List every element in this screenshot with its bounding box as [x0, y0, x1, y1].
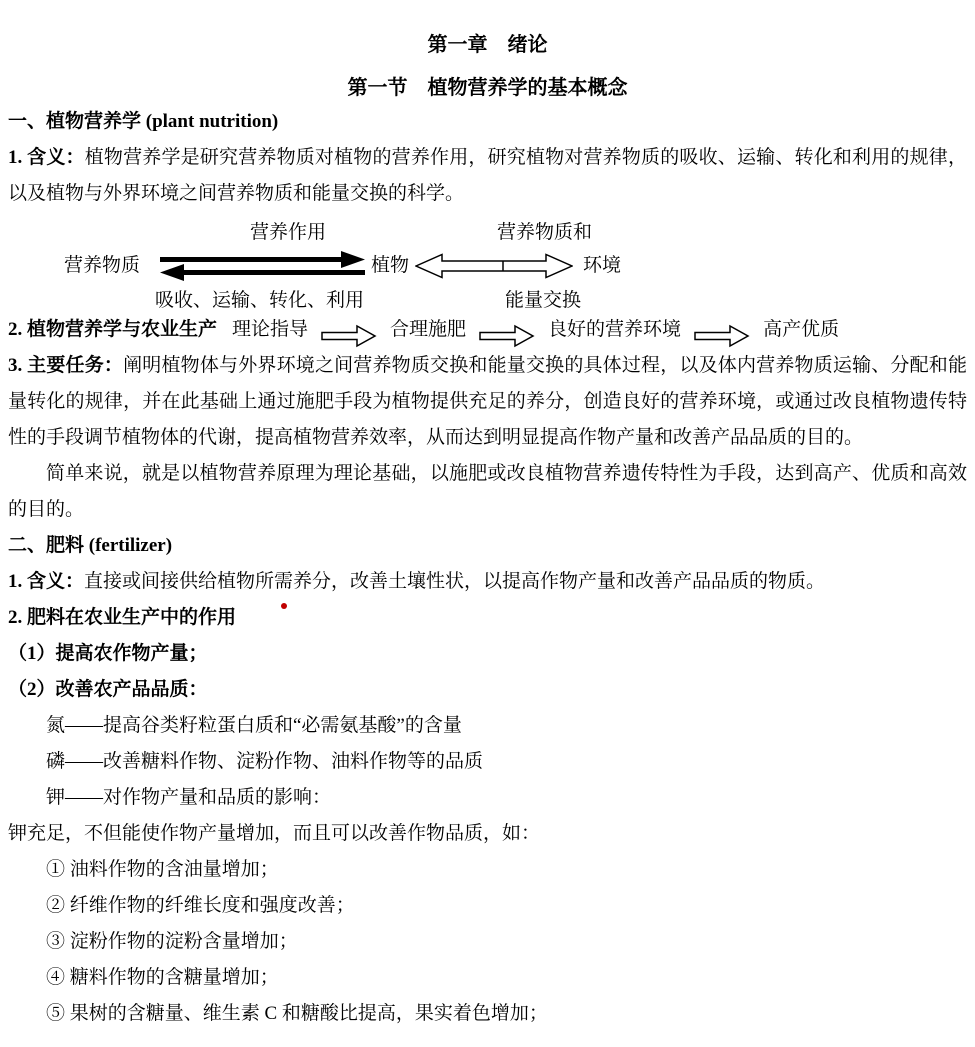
fertilizer-definition-text: 直接或间接供给植物所需养分，改善土壤性状，以提高作物产量和改善产品品质的物质。 [84, 571, 825, 592]
section1-summary: 简单来说，就是以植物营养原理为理论基础，以施肥或改良植物营养遗传特性为手段，达到… [8, 456, 967, 528]
red-dot-annotation [281, 603, 287, 609]
double-black-arrows-icon [160, 251, 365, 281]
definition-label: 1. 含义： [8, 147, 85, 168]
diagram-center-node: 植物 [371, 254, 409, 278]
right-arrow-icon [479, 324, 535, 348]
definition-text: 植物营养学是研究营养物质对植物的营养作用，研究植物对营养物质的吸收、运输、转化和… [8, 147, 967, 204]
task-label: 3. 主要任务： [8, 355, 123, 376]
section1-heading: 一、植物营养学 (plant nutrition) [8, 104, 967, 140]
section1-definition: 1. 含义：植物营养学是研究营养物质对植物的营养作用，研究植物对营养物质的吸收、… [8, 140, 967, 212]
potassium-effect-2: ② 纤维作物的纤维长度和强度改善； [8, 888, 967, 924]
flow-step-2: 合理施肥 [390, 319, 466, 340]
section2-definition: 1. 含义：直接或间接供给植物所需养分，改善土壤性状，以提高作物产量和改善产品品… [8, 564, 967, 600]
potassium-effect-3: ③ 淀粉作物的淀粉含量增加； [8, 924, 967, 960]
potassium-effect-5: ⑤ 果树的含糖量、维生素 C 和糖酸比提高，果实着色增加； [8, 996, 967, 1032]
diagram-right-node: 环境 [583, 254, 621, 278]
document-page: 第一章 绪论 第一节 植物营养学的基本概念 一、植物营养学 (plant nut… [0, 0, 975, 1047]
potassium-note: 钾充足，不但能使作物产量增加，而且可以改善作物品质，如： [8, 816, 967, 852]
diagram-top-left-label: 营养作用 [250, 221, 326, 245]
potassium-effect-1: ① 油料作物的含油量增加； [8, 852, 967, 888]
flow-step-4: 高产优质 [763, 319, 839, 340]
diagram-bottom-left-label: 吸收、运输、转化、利用 [155, 289, 364, 313]
right-arrow-icon [321, 324, 377, 348]
chapter-title: 第一章 绪论 [8, 33, 967, 57]
right-arrow-icon [694, 324, 750, 348]
hollow-double-arrow-icon [415, 253, 573, 279]
fertilizer-role2: （2）改善农产品品质： [8, 672, 967, 708]
potassium-effect-4: ④ 糖料作物的含糖量增加； [8, 960, 967, 996]
section-title: 第一节 植物营养学的基本概念 [8, 76, 967, 100]
document-body: 一、植物营养学 (plant nutrition) 1. 含义：植物营养学是研究… [8, 104, 967, 1032]
diagram-bottom-right-label: 能量交换 [505, 289, 581, 313]
nutrition-diagram: 营养作用 营养物质和 营养物质 植物 环境 吸收、运输、转化、利用 能量交换 [8, 212, 967, 312]
fertilizer-role-heading: 2. 肥料在农业生产中的作用 [8, 600, 967, 636]
diagram-left-node: 营养物质 [64, 254, 140, 278]
agriculture-flow-line: 2. 植物营养学与农业生产理论指导合理施肥良好的营养环境高产优质 [8, 312, 967, 348]
flow-step-1: 理论指导 [232, 319, 308, 340]
section2-heading: 二、肥料 (fertilizer) [8, 528, 967, 564]
task-text: 阐明植物体与外界环境之间营养物质交换和能量交换的具体过程，以及体内营养物质运输、… [8, 355, 967, 448]
diagram-top-right-label: 营养物质和 [497, 221, 592, 245]
section1-task: 3. 主要任务：阐明植物体与外界环境之间营养物质交换和能量交换的具体过程，以及体… [8, 348, 967, 456]
nutrient-item-nitrogen: 氮——提高谷类籽粒蛋白质和“必需氨基酸”的含量 [8, 708, 967, 744]
nutrient-item-potassium: 钾——对作物产量和品质的影响： [8, 780, 967, 816]
nutrient-item-phosphorus: 磷——改善糖料作物、淀粉作物、油料作物等的品质 [8, 744, 967, 780]
fertilizer-definition-label: 1. 含义： [8, 571, 84, 592]
flow-step-3: 良好的营养环境 [548, 319, 681, 340]
agriculture-heading: 2. 植物营养学与农业生产 [8, 319, 217, 340]
fertilizer-role1: （1）提高农作物产量； [8, 636, 967, 672]
